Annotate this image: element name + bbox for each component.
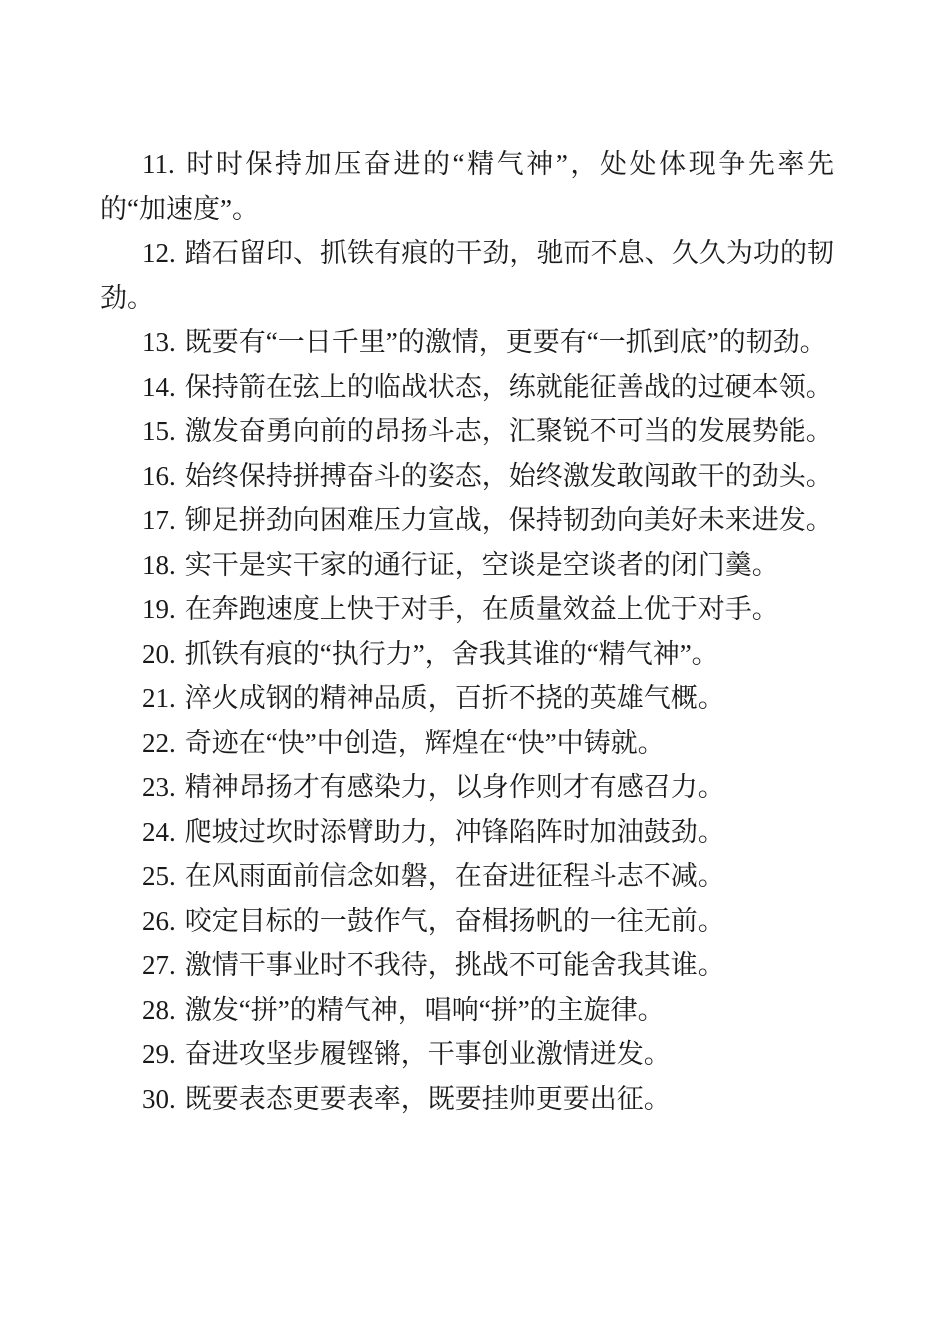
document-page: 11.时时保持加压奋进的“精气神”，处处体现争先率先的“加速度”。12.踏石留印… xyxy=(0,0,950,1344)
item-number: 23. xyxy=(142,772,176,802)
item-number: 21. xyxy=(142,683,176,713)
item-number: 15. xyxy=(142,416,176,446)
item-text: 在奔跑速度上快于对手，在质量效益上优于对手。 xyxy=(185,594,779,624)
item-number: 27. xyxy=(142,950,176,980)
item-text: 激发奋勇向前的昂扬斗志，汇聚锐不可当的发展势能。 xyxy=(185,416,833,446)
list-item: 28.激发“拼”的精气神，唱响“拼”的主旋律。 xyxy=(100,988,834,1033)
item-text: 始终保持拼搏奋斗的姿态，始终激发敢闯敢干的劲头。 xyxy=(185,461,833,491)
list-item: 26.咬定目标的一鼓作气，奋楫扬帆的一往无前。 xyxy=(100,899,834,944)
list-item: 20.抓铁有痕的“执行力”，舍我其谁的“精气神”。 xyxy=(100,632,834,677)
item-number: 19. xyxy=(142,594,176,624)
item-text: 激发“拼”的精气神，唱响“拼”的主旋律。 xyxy=(185,995,665,1025)
item-text: 在风雨面前信念如磐，在奋进征程斗志不减。 xyxy=(185,861,725,891)
list-item: 14.保持箭在弦上的临战状态，练就能征善战的过硬本领。 xyxy=(100,365,834,410)
list-item: 27.激情干事业时不我待，挑战不可能舍我其谁。 xyxy=(100,943,834,988)
item-number: 16. xyxy=(142,461,176,491)
item-text: 铆足拼劲向困难压力宣战，保持韧劲向美好未来进发。 xyxy=(185,505,833,535)
item-text: 时时保持加压奋进的“精气神”，处处体现争先率先的“加速度”。 xyxy=(100,149,834,224)
item-text: 激情干事业时不我待，挑战不可能舍我其谁。 xyxy=(185,950,725,980)
list-item: 17.铆足拼劲向困难压力宣战，保持韧劲向美好未来进发。 xyxy=(100,498,834,543)
item-text: 踏石留印、抓铁有痕的干劲，驰而不息、久久为功的韧劲。 xyxy=(100,238,834,313)
item-text: 精神昂扬才有感染力，以身作则才有感召力。 xyxy=(185,772,725,802)
item-number: 25. xyxy=(142,861,176,891)
item-text: 保持箭在弦上的临战状态，练就能征善战的过硬本领。 xyxy=(185,372,833,402)
list-item: 23.精神昂扬才有感染力，以身作则才有感召力。 xyxy=(100,765,834,810)
list-item: 30.既要表态更要表率，既要挂帅更要出征。 xyxy=(100,1077,834,1122)
paragraph-list: 11.时时保持加压奋进的“精气神”，处处体现争先率先的“加速度”。12.踏石留印… xyxy=(0,0,950,1121)
item-number: 28. xyxy=(142,995,176,1025)
item-text: 咬定目标的一鼓作气，奋楫扬帆的一往无前。 xyxy=(185,906,725,936)
item-text: 爬坡过坎时添臂助力，冲锋陷阵时加油鼓劲。 xyxy=(185,817,725,847)
item-number: 20. xyxy=(142,639,176,669)
list-item: 24.爬坡过坎时添臂助力，冲锋陷阵时加油鼓劲。 xyxy=(100,810,834,855)
item-text: 奋进攻坚步履铿锵，干事创业激情迸发。 xyxy=(185,1039,671,1069)
item-text: 既要表态更要表率，既要挂帅更要出征。 xyxy=(185,1084,671,1114)
item-number: 14. xyxy=(142,372,176,402)
list-item: 11.时时保持加压奋进的“精气神”，处处体现争先率先的“加速度”。 xyxy=(100,142,834,231)
list-item: 21.淬火成钢的精神品质，百折不挠的英雄气概。 xyxy=(100,676,834,721)
item-text: 淬火成钢的精神品质，百折不挠的英雄气概。 xyxy=(185,683,725,713)
item-number: 24. xyxy=(142,817,176,847)
list-item: 19.在奔跑速度上快于对手，在质量效益上优于对手。 xyxy=(100,587,834,632)
item-number: 26. xyxy=(142,906,176,936)
list-item: 16.始终保持拼搏奋斗的姿态，始终激发敢闯敢干的劲头。 xyxy=(100,454,834,499)
list-item: 15.激发奋勇向前的昂扬斗志，汇聚锐不可当的发展势能。 xyxy=(100,409,834,454)
list-item: 22.奇迹在“快”中创造，辉煌在“快”中铸就。 xyxy=(100,721,834,766)
list-item: 18.实干是实干家的通行证，空谈是空谈者的闭门羹。 xyxy=(100,543,834,588)
item-number: 30. xyxy=(142,1084,176,1114)
item-number: 13. xyxy=(142,327,176,357)
list-item: 13.既要有“一日千里”的激情，更要有“一抓到底”的韧劲。 xyxy=(100,320,834,365)
item-number: 11. xyxy=(142,149,175,179)
item-number: 29. xyxy=(142,1039,176,1069)
item-number: 12. xyxy=(142,238,176,268)
document-viewport: { "page": { "background_color": "#ffffff… xyxy=(0,0,950,1344)
list-item: 12.踏石留印、抓铁有痕的干劲，驰而不息、久久为功的韧劲。 xyxy=(100,231,834,320)
item-number: 17. xyxy=(142,505,176,535)
item-text: 奇迹在“快”中创造，辉煌在“快”中铸就。 xyxy=(185,728,665,758)
item-number: 22. xyxy=(142,728,176,758)
item-number: 18. xyxy=(142,550,176,580)
item-text: 既要有“一日千里”的激情，更要有“一抓到底”的韧劲。 xyxy=(185,327,827,357)
list-item: 29.奋进攻坚步履铿锵，干事创业激情迸发。 xyxy=(100,1032,834,1077)
list-item: 25.在风雨面前信念如磐，在奋进征程斗志不减。 xyxy=(100,854,834,899)
item-text: 实干是实干家的通行证，空谈是空谈者的闭门羹。 xyxy=(185,550,779,580)
item-text: 抓铁有痕的“执行力”，舍我其谁的“精气神”。 xyxy=(185,639,719,669)
